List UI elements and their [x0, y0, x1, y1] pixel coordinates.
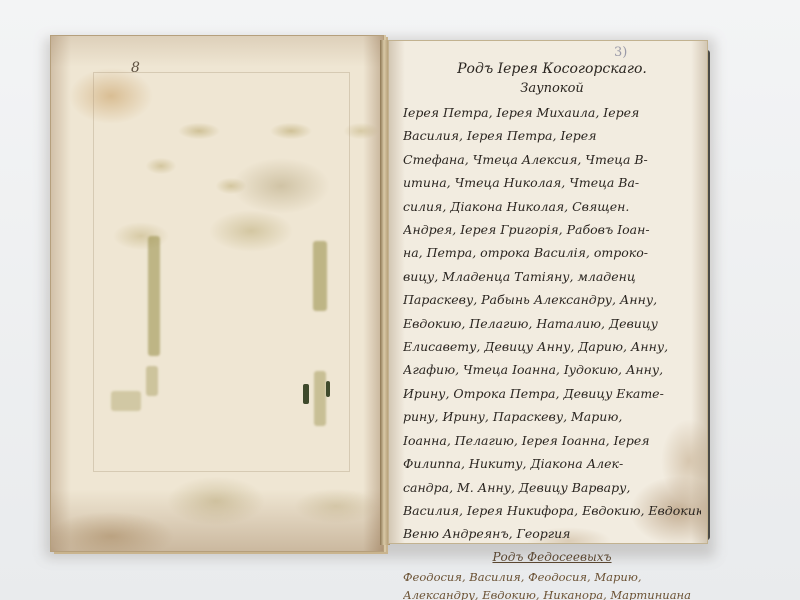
manuscript-line: итина, Чтеца Николая, Чтеца Ва-: [403, 171, 701, 194]
manuscript-line: вицу, Младенца Татiяну, младенц: [403, 265, 701, 288]
manuscript-subtitle: Заупокой: [403, 79, 701, 99]
right-page: 3) Родъ Iерея Косогорскаго. Заупокой Iер…: [388, 40, 708, 544]
manuscript-line: на, Петра, отрока Василiя, отроко-: [403, 241, 701, 264]
manuscript-line: Стефана, Чтеца Алексия, Чтеца В-: [403, 148, 701, 171]
faded-engraving-plate: [93, 72, 350, 472]
manuscript-line: Агафию, Чтеца Iоанна, Iудокию, Анну,: [403, 358, 701, 381]
manuscript-text: Родъ Iерея Косогорскаго. Заупокой Iерея …: [403, 59, 701, 600]
left-page: 8: [50, 35, 384, 552]
stain-column-left: [148, 236, 160, 356]
paper-tear: [326, 381, 330, 397]
manuscript-line: Елисавету, Девицу Анну, Дарию, Анну,: [403, 335, 701, 358]
section-line: Феодосия, Василия, Феодосия, Марию,: [403, 568, 701, 586]
manuscript-line: Андрея, Iерея Григорiя, Рабовъ Iоан-: [403, 218, 701, 241]
stain-column-left-lower: [146, 366, 158, 396]
manuscript-line: Филиппа, Никиту, Дiакона Алек-: [403, 452, 701, 475]
manuscript-line: рину, Ирину, Параскеву, Марию,: [403, 405, 701, 428]
right-page-number: 3): [614, 45, 627, 60]
stain-column-right-lower: [314, 371, 326, 426]
manuscript-line: Василия, Iерея Никифора, Евдокию, Евдоки…: [403, 499, 701, 522]
manuscript-title: Родъ Iерея Косогорскаго.: [403, 59, 701, 79]
manuscript-line: силия, Дiакона Николая, Священ.: [403, 195, 701, 218]
manuscript-line: Iоанна, Пелагию, Iерея Iоанна, Iерея: [403, 429, 701, 452]
paper-tear: [303, 384, 309, 404]
manuscript-line: Ирину, Отрока Петра, Девицу Екате-: [403, 382, 701, 405]
manuscript-line: Василия, Iерея Петра, Iерея: [403, 124, 701, 147]
stain-blot: [111, 391, 141, 411]
manuscript-line: Iерея Петра, Iерея Михаила, Iерея: [403, 101, 701, 124]
section-line: Александру, Евдокию, Никанора, Мартиниан…: [403, 586, 701, 600]
manuscript-line: Евдокию, Пелагию, Наталию, Девицу: [403, 312, 701, 335]
manuscript-line: Параскеву, Рабынь Александру, Анну,: [403, 288, 701, 311]
manuscript-line: Веню Андреянъ, Георгия: [403, 522, 701, 545]
section-heading: Родъ Федосеевыхъ: [403, 546, 701, 568]
manuscript-line: сандра, М. Анну, Девицу Варвару,: [403, 476, 701, 499]
stain-column-right: [313, 241, 327, 311]
